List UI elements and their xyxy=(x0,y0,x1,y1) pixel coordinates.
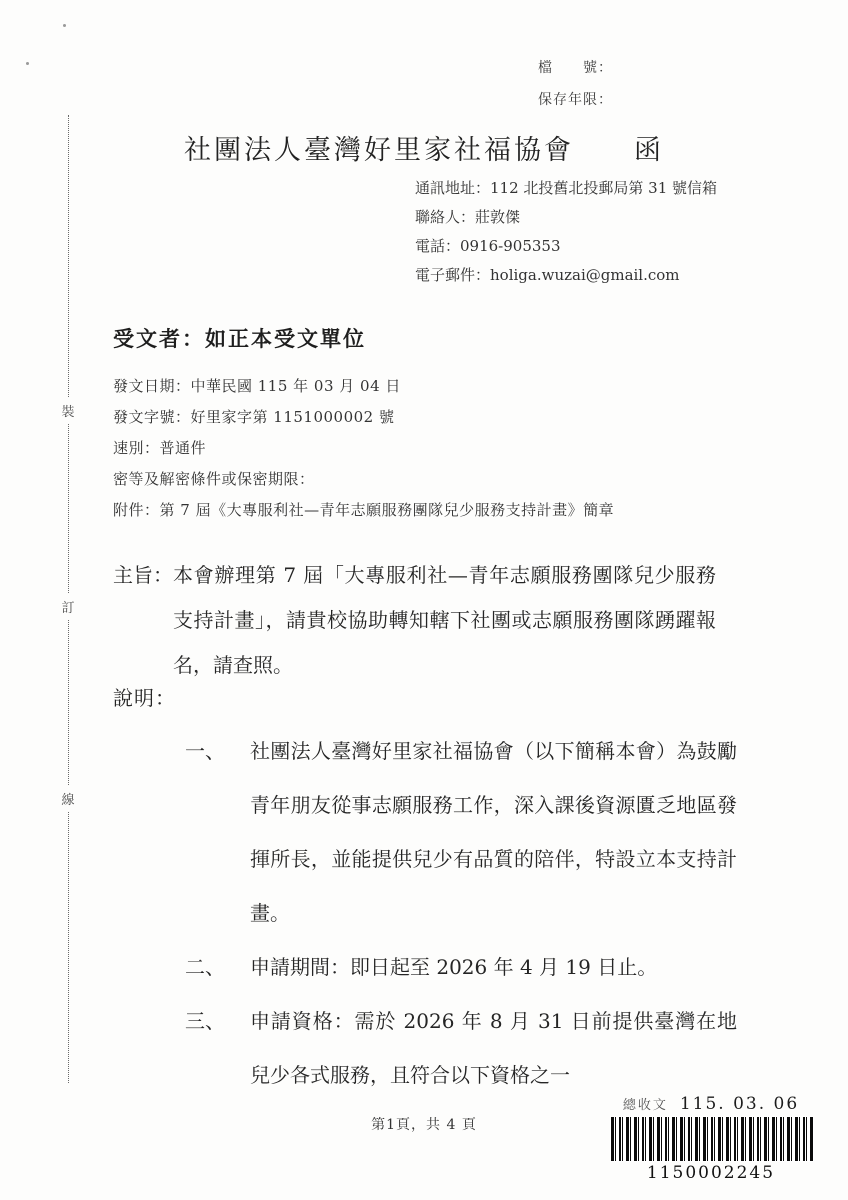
sender-contact-block: 通訊地址：112 北投舊北投郵局第 31 號信箱 聯絡人：莊敦傑 電話：0916… xyxy=(415,174,717,290)
item-text: 申請資格：需於 2026 年 8 月 31 日前提供臺灣在地兒少各式服務，且符合… xyxy=(250,994,737,1102)
meta-priority: 速別：普通件 xyxy=(113,433,614,464)
contact-address: 通訊地址：112 北投舊北投郵局第 31 號信箱 xyxy=(415,174,717,203)
list-item: 一、 社團法人臺灣好里家社福協會（以下簡稱本會）為鼓勵青年朋友從事志願服務工作，… xyxy=(185,724,745,940)
meta-reference-number: 發文字號：好里家字第 1151000002 號 xyxy=(113,402,614,433)
scan-speck xyxy=(26,62,29,65)
item-text: 申請期間：即日起至 2026 年 4 月 19 日止。 xyxy=(250,940,737,994)
subject-label: 主旨： xyxy=(113,553,173,688)
list-item: 三、 申請資格：需於 2026 年 8 月 31 日前提供臺灣在地兒少各式服務，… xyxy=(185,994,745,1102)
document-title: 社團法人臺灣好里家社福協會 函 xyxy=(0,128,848,167)
stamp-received-label: 總收文 xyxy=(623,1098,668,1113)
stamp-received-date: 115. 03. 06 xyxy=(680,1094,799,1114)
receipt-barcode-number: 1150002245 xyxy=(610,1163,812,1183)
official-letter-page: 檔 號： 保存年限： 社團法人臺灣好里家社福協會 函 通訊地址：112 北投舊北… xyxy=(0,0,848,1200)
receipt-stamp: 總收文115. 03. 06 1150002245 xyxy=(610,1094,812,1183)
stamp-header-row: 總收文115. 03. 06 xyxy=(610,1094,812,1114)
item-number: 三、 xyxy=(185,994,250,1102)
recipient-line: 受文者：如正本受文單位 xyxy=(113,323,366,353)
archive-header: 檔 號： 保存年限： xyxy=(538,52,613,116)
document-meta-block: 發文日期：中華民國 115 年 03 月 04 日 發文字號：好里家字第 115… xyxy=(113,371,614,526)
meta-issue-date: 發文日期：中華民國 115 年 03 月 04 日 xyxy=(113,371,614,402)
contact-email: 電子郵件：holiga.wuzai@gmail.com xyxy=(415,261,717,290)
binding-mark-ding: 訂 xyxy=(61,594,74,619)
file-number-label: 檔 號： xyxy=(538,52,613,84)
retention-period-label: 保存年限： xyxy=(538,84,613,116)
item-number: 一、 xyxy=(185,724,250,940)
explanation-label: 說明： xyxy=(113,682,176,711)
scan-speck xyxy=(63,24,66,27)
subject-block: 主旨： 本會辦理第 7 屆「大專服利社—青年志願服務團隊兒少服務支持計畫」，請貴… xyxy=(113,553,716,688)
meta-attachment: 附件：第 7 屆《大專服利社—青年志願服務團隊兒少服務支持計畫》簡章 xyxy=(113,495,614,526)
binding-mark-xian: 線 xyxy=(61,786,74,811)
item-text: 社團法人臺灣好里家社福協會（以下簡稱本會）為鼓勵青年朋友從事志願服務工作，深入課… xyxy=(250,724,737,940)
contact-phone: 電話：0916-905353 xyxy=(415,232,717,261)
contact-person: 聯絡人：莊敦傑 xyxy=(415,203,717,232)
explanation-list: 一、 社團法人臺灣好里家社福協會（以下簡稱本會）為鼓勵青年朋友從事志願服務工作，… xyxy=(185,724,745,1102)
list-item: 二、 申請期間：即日起至 2026 年 4 月 19 日止。 xyxy=(185,940,745,994)
meta-classification: 密等及解密條件或保密期限： xyxy=(113,464,614,495)
binding-mark-zhuang: 裝 xyxy=(61,398,74,423)
receipt-barcode xyxy=(610,1116,814,1162)
subject-text: 本會辦理第 7 屆「大專服利社—青年志願服務團隊兒少服務支持計畫」，請貴校協助轉… xyxy=(173,553,716,688)
item-number: 二、 xyxy=(185,940,250,994)
